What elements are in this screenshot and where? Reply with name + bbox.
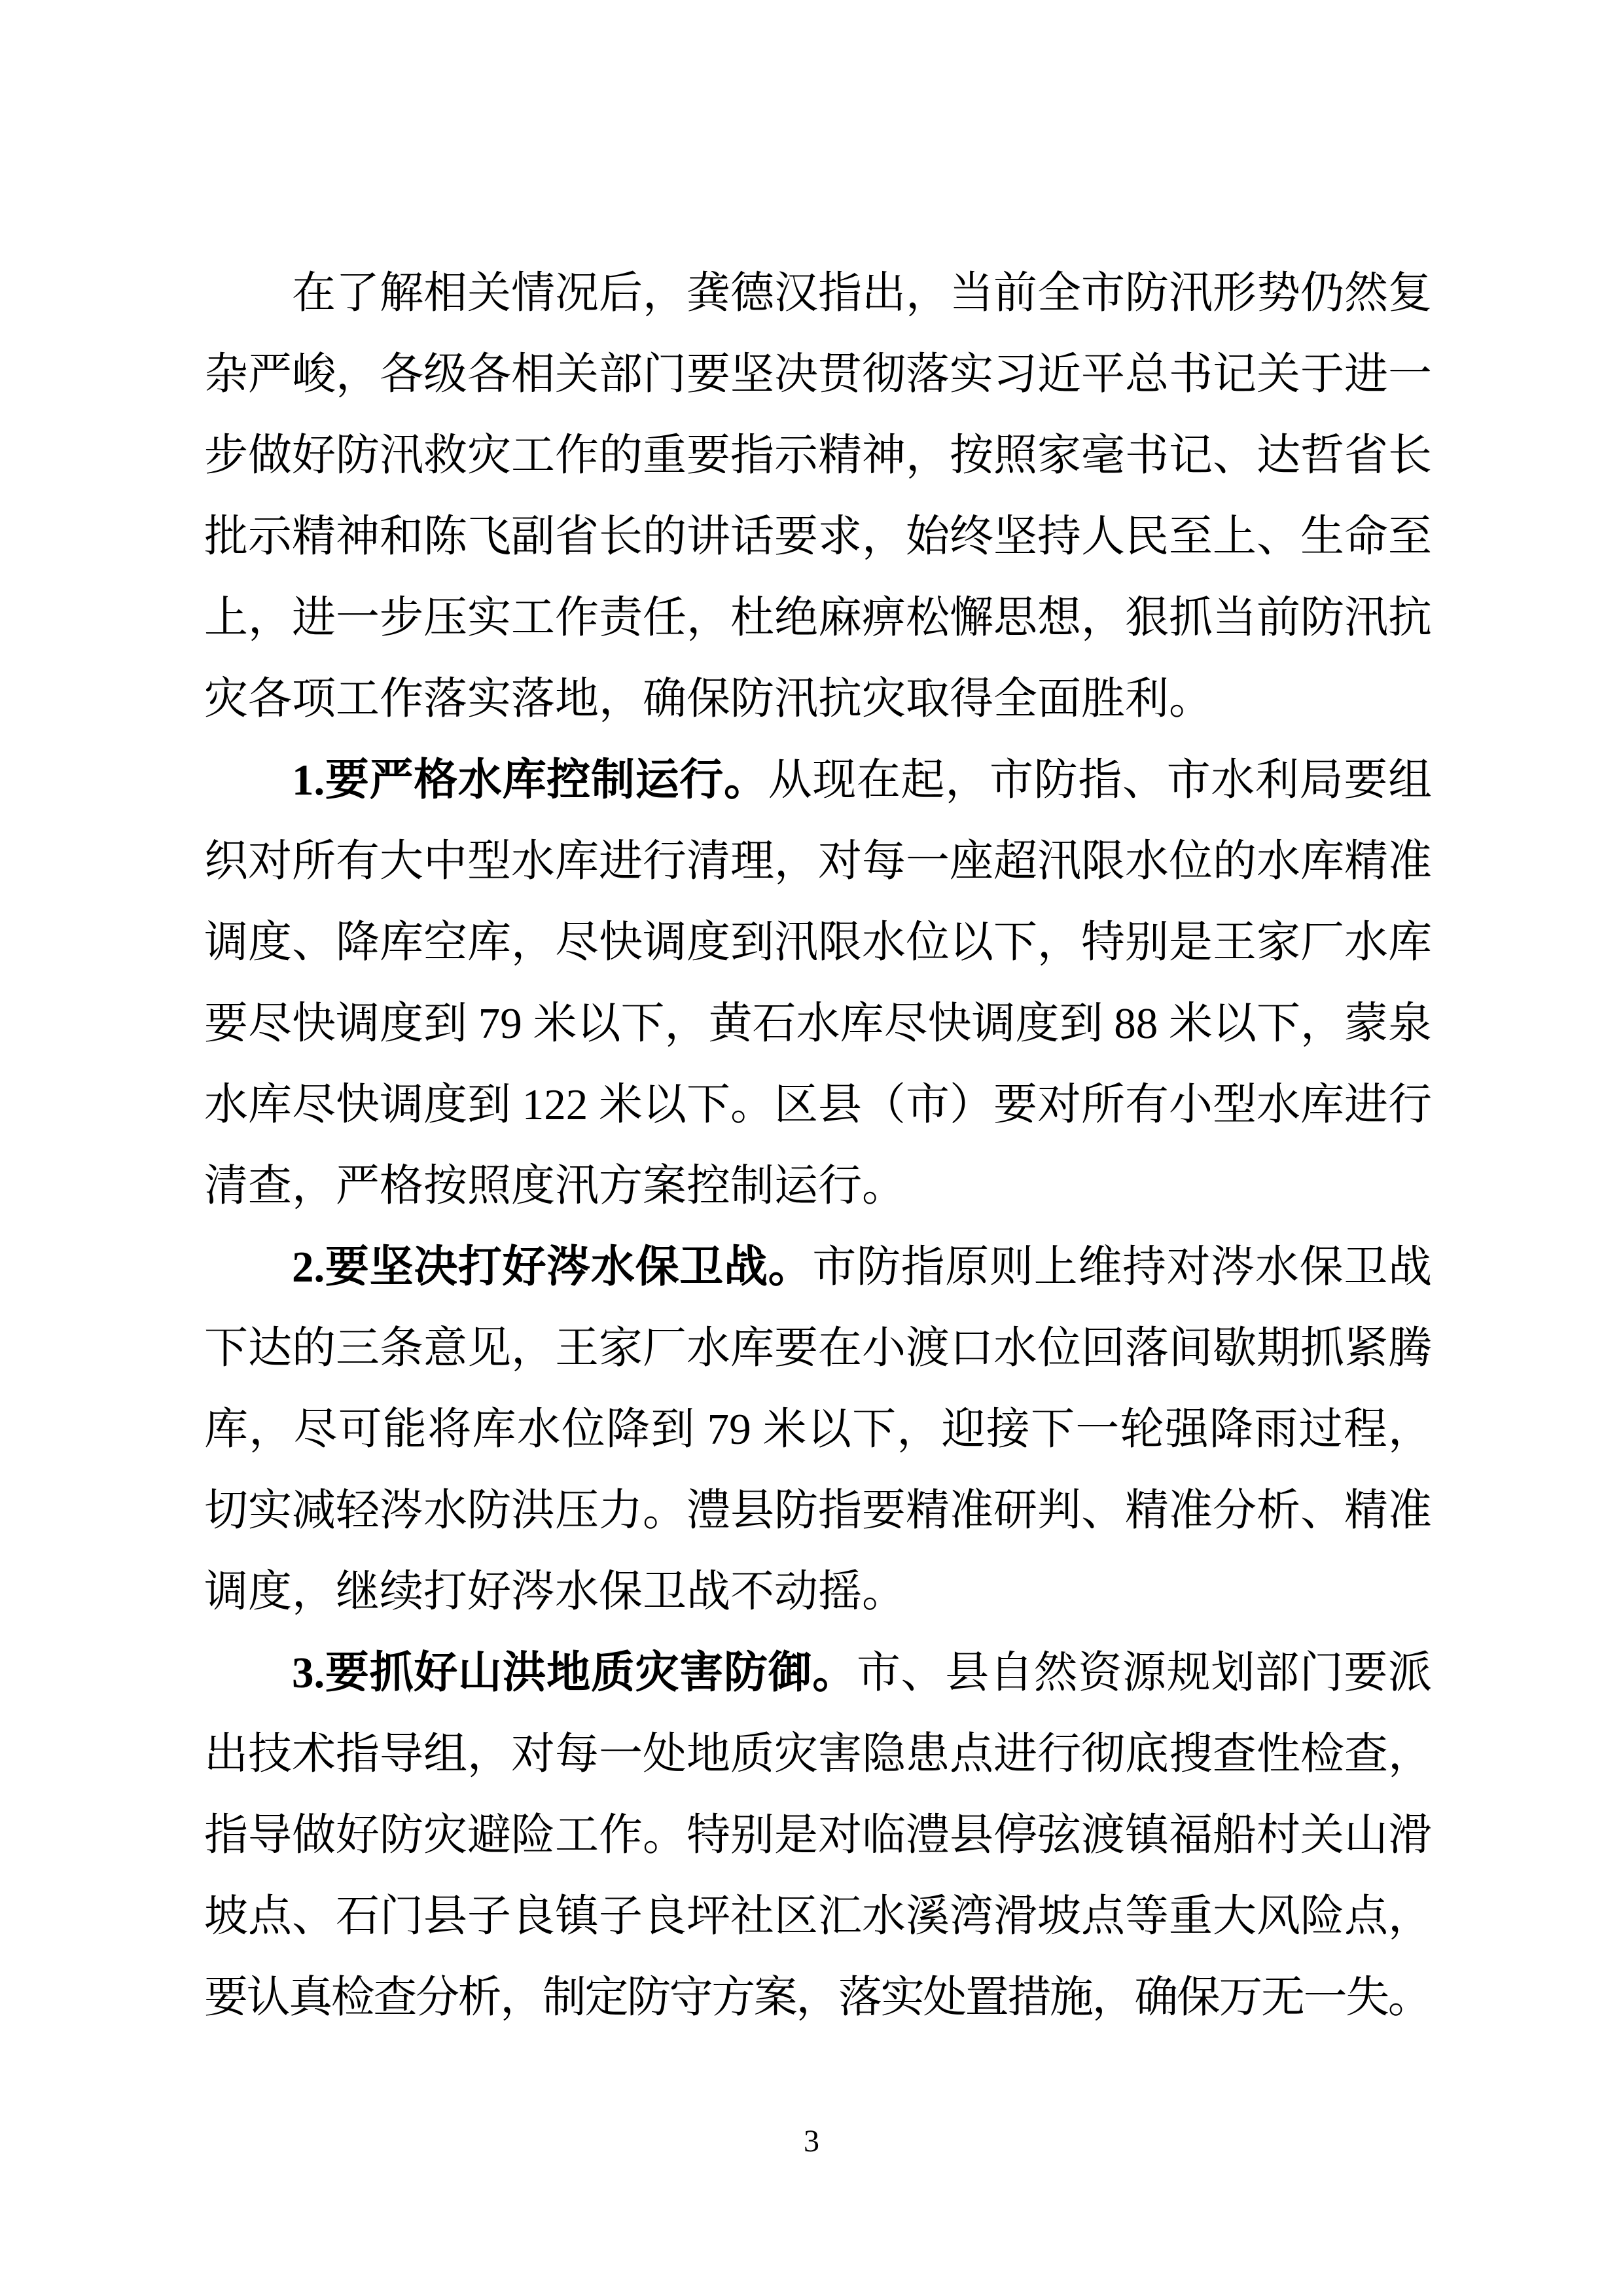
line-text-segment: 从现在起，市防指、市水利局要组 — [768, 756, 1432, 804]
text-line: 下达的三条意见，王家厂水库要在小渡口水位回落间歇期抓紧腾 — [204, 1308, 1432, 1389]
text-line: 在了解相关情况后，龚德汉指出，当前全市防汛形势仍然复 — [204, 253, 1432, 334]
text-line: 杂严峻，各级各相关部门要坚决贯彻落实习近平总书记关于进一 — [204, 334, 1432, 415]
text-line: 库，尽可能将库水位降到 79 米以下，迎接下一轮强降雨过程， — [204, 1389, 1432, 1470]
line-text-segment: 切实减轻涔水防洪压力。澧县防指要精准研判、精准分析、精准 — [204, 1486, 1432, 1535]
line-text-segment: 步做好防汛救灾工作的重要指示精神，按照家毫书记、达哲省长 — [204, 431, 1432, 480]
text-line: 1.要严格水库控制运行。从现在起，市防指、市水利局要组 — [204, 740, 1432, 821]
line-text-segment: 要认真检查分析，制定防守方案，落实处置措施，确保万无一失。 — [204, 1973, 1430, 2022]
text-line: 坡点、石门县子良镇子良坪社区汇水溪湾滑坡点等重大风险点， — [204, 1876, 1432, 1957]
line-text-segment: 下达的三条意见，王家厂水库要在小渡口水位回落间歇期抓紧腾 — [204, 1324, 1432, 1372]
line-text-segment: 要尽快调度到 79 米以下，黄石水库尽快调度到 88 米以下，蒙泉 — [204, 999, 1432, 1048]
line-bold-segment: 3.要抓好山洪地质灾害防御。 — [292, 1649, 857, 1697]
line-text-segment: 市防指原则上维持对涔水保卫战 — [812, 1243, 1432, 1291]
text-line: 织对所有大中型水库进行清理，对每一座超汛限水位的水库精准 — [204, 821, 1432, 902]
text-line: 批示精神和陈飞副省长的讲话要求，始终坚持人民至上、生命至 — [204, 496, 1432, 577]
text-line: 3.要抓好山洪地质灾害防御。市、县自然资源规划部门要派 — [204, 1632, 1432, 1713]
line-text-segment: 出技术指导组，对每一处地质灾害隐患点进行彻底搜查性检查， — [204, 1730, 1432, 1778]
text-line: 水库尽快调度到 122 米以下。区县（市）要对所有小型水库进行 — [204, 1064, 1432, 1145]
text-line: 切实减轻涔水防洪压力。澧县防指要精准研判、精准分析、精准 — [204, 1470, 1432, 1551]
text-line: 调度、降库空库，尽快调度到汛限水位以下，特别是王家厂水库 — [204, 902, 1432, 983]
line-bold-segment: 1.要严格水库控制运行。 — [292, 756, 768, 804]
line-text-segment: 灾各项工作落实落地，确保防汛抗灾取得全面胜利。 — [204, 675, 1213, 723]
document-page: 在了解相关情况后，龚德汉指出，当前全市防汛形势仍然复 杂严峻，各级各相关部门要坚… — [0, 0, 1623, 2296]
text-line: 清查，严格按照度汛方案控制运行。 — [204, 1145, 1432, 1227]
line-text-segment: 在了解相关情况后，龚德汉指出，当前全市防汛形势仍然复 — [292, 269, 1432, 317]
text-line: 2.要坚决打好涔水保卫战。市防指原则上维持对涔水保卫战 — [204, 1227, 1432, 1308]
line-text-segment: 水库尽快调度到 122 米以下。区县（市）要对所有小型水库进行 — [204, 1081, 1432, 1129]
text-line: 步做好防汛救灾工作的重要指示精神，按照家毫书记、达哲省长 — [204, 415, 1432, 496]
text-line: 要认真检查分析，制定防守方案，落实处置措施，确保万无一失。 — [204, 1957, 1432, 2038]
line-text-segment: 库，尽可能将库水位降到 79 米以下，迎接下一轮强降雨过程， — [204, 1405, 1432, 1454]
line-text-segment: 批示精神和陈飞副省长的讲话要求，始终坚持人民至上、生命至 — [204, 512, 1432, 561]
line-text-segment: 调度、降库空库，尽快调度到汛限水位以下，特别是王家厂水库 — [204, 918, 1432, 967]
text-line: 灾各项工作落实落地，确保防汛抗灾取得全面胜利。 — [204, 658, 1432, 740]
line-text-segment: 织对所有大中型水库进行清理，对每一座超汛限水位的水库精准 — [204, 837, 1432, 886]
text-line: 出技术指导组，对每一处地质灾害隐患点进行彻底搜查性检查， — [204, 1713, 1432, 1795]
line-text-segment: 调度，继续打好涔水保卫战不动摇。 — [204, 1568, 906, 1616]
text-line: 要尽快调度到 79 米以下，黄石水库尽快调度到 88 米以下，蒙泉 — [204, 983, 1432, 1064]
line-bold-segment: 2.要坚决打好涔水保卫战。 — [292, 1243, 812, 1291]
line-text-segment: 上，进一步压实工作责任，杜绝麻痹松懈思想，狠抓当前防汛抗 — [204, 594, 1432, 642]
line-text-segment: 杂严峻，各级各相关部门要坚决贯彻落实习近平总书记关于进一 — [204, 350, 1432, 399]
text-line: 调度，继续打好涔水保卫战不动摇。 — [204, 1551, 1432, 1632]
text-line: 指导做好防灾避险工作。特别是对临澧县停弦渡镇福船村关山滑 — [204, 1795, 1432, 1876]
page-number: 3 — [0, 2122, 1623, 2161]
line-text-segment: 坡点、石门县子良镇子良坪社区汇水溪湾滑坡点等重大风险点， — [204, 1892, 1432, 1941]
text-line: 上，进一步压实工作责任，杜绝麻痹松懈思想，狠抓当前防汛抗 — [204, 577, 1432, 658]
document-body: 在了解相关情况后，龚德汉指出，当前全市防汛形势仍然复 杂严峻，各级各相关部门要坚… — [204, 253, 1432, 2038]
line-text-segment: 市、县自然资源规划部门要派 — [857, 1649, 1432, 1697]
line-text-segment: 清查，严格按照度汛方案控制运行。 — [204, 1162, 906, 1210]
line-text-segment: 指导做好防灾避险工作。特别是对临澧县停弦渡镇福船村关山滑 — [204, 1811, 1432, 1859]
